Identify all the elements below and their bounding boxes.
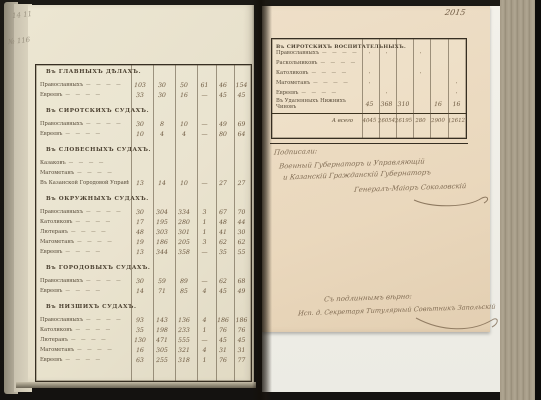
cell-value: 62 bbox=[214, 238, 232, 245]
leader-dashes: — — — — bbox=[68, 338, 129, 343]
row-label: Евреевъ bbox=[272, 90, 298, 96]
signature-flourish bbox=[412, 194, 492, 210]
cell-value: 93 bbox=[129, 316, 151, 324]
cell-value: 35 bbox=[214, 248, 232, 255]
cell-value: 1 bbox=[195, 228, 214, 235]
table-row: Православныхъ— — — —30810—4969 bbox=[36, 119, 251, 129]
total-label: А всего bbox=[272, 118, 361, 124]
cell-value: 30 bbox=[232, 228, 251, 235]
total-value: 26195 bbox=[395, 117, 412, 123]
cell-value: 68 bbox=[232, 277, 251, 284]
leader-dashes: — — — — bbox=[74, 348, 129, 353]
cell-value: 69 bbox=[232, 120, 251, 127]
leader-dashes: — — — — bbox=[317, 61, 361, 66]
cell-value: — bbox=[195, 277, 214, 284]
cell-value: — bbox=[195, 336, 214, 343]
table-bottom-rule bbox=[270, 143, 468, 144]
row-label: Православныхъ bbox=[36, 317, 83, 323]
cell-value: 3 bbox=[195, 238, 214, 245]
cell-value: 10 bbox=[173, 179, 195, 187]
row-label: Католиковъ bbox=[36, 327, 72, 333]
cell-value: 305 bbox=[151, 346, 173, 354]
total-value: 2900 bbox=[429, 117, 447, 123]
row-label: Магометанъ bbox=[36, 347, 74, 353]
table-section: Въ ОКРУЖНЫХЪ СУДАХЪ.Православныхъ— — — —… bbox=[36, 195, 251, 257]
row-label: Католиковъ bbox=[272, 70, 308, 76]
table-section: Въ ГЛАВНЫХЪ ДѢЛАХЪ.Православныхъ— — — —1… bbox=[36, 68, 251, 100]
cell-value: 45 bbox=[361, 101, 378, 108]
cell-value: 31 bbox=[214, 346, 232, 353]
cell-value: 255 bbox=[151, 356, 173, 364]
cell-value bbox=[173, 163, 195, 164]
cell-value: 46 bbox=[214, 81, 232, 88]
table-total-row: А всего40452605426195280290012612 bbox=[272, 113, 466, 127]
row-label: Въ Удаленныхъ Нижнихъ Чиновъ bbox=[272, 99, 361, 110]
leader-dashes: — — — — bbox=[83, 122, 129, 127]
cell-value: 14 bbox=[129, 287, 151, 295]
leader-dashes: — — — — bbox=[68, 230, 129, 235]
row-label: Въ Казанской Городовой Управѣ bbox=[36, 180, 129, 186]
cell-value: 45 bbox=[214, 91, 232, 98]
table-section: Въ НИЗШИХЪ СУДАХЪ.Православныхъ— — — —93… bbox=[36, 303, 251, 365]
row-label: Евреевъ bbox=[36, 288, 62, 294]
cell-value: 59 bbox=[151, 277, 173, 285]
cell-value: 13 bbox=[129, 248, 151, 256]
leader-dashes: — — — — bbox=[319, 51, 361, 56]
cell-value: 80 bbox=[214, 130, 232, 137]
right-page: 2015 Въ СИРОТСКИХЪ ВОСПИТАТЕЛЬНЫХЪ.Право… bbox=[262, 6, 490, 332]
row-label: Евреевъ bbox=[36, 92, 62, 98]
cell-value: 4 bbox=[151, 130, 173, 138]
cell-value bbox=[173, 173, 195, 174]
page-number: 2015 bbox=[444, 8, 466, 17]
leader-dashes: — — — — bbox=[62, 93, 129, 98]
cell-value: 89 bbox=[173, 277, 195, 285]
book-fore-edge bbox=[500, 0, 537, 400]
left-page: 14 11 № 116 Въ ГЛАВНЫХЪ ДѢЛАХЪ.Православ… bbox=[28, 5, 254, 382]
leader-dashes: — — — — bbox=[308, 71, 361, 76]
table-row: Казаковъ— — — — bbox=[36, 158, 251, 168]
cell-value: — bbox=[195, 130, 214, 137]
table-row: Магометанъ— — — —·· bbox=[272, 78, 466, 88]
row-label: Евреевъ bbox=[36, 249, 62, 255]
cell-value: 48 bbox=[214, 218, 232, 225]
table-row: Православныхъ— — — —··· bbox=[272, 48, 466, 58]
table-section: Въ ГОРОДОВЫХЪ СУДАХЪ.Православныхъ— — — … bbox=[36, 264, 251, 296]
cell-value: 41 bbox=[214, 228, 232, 235]
cell-value: · bbox=[447, 89, 466, 96]
cell-value: 31 bbox=[232, 346, 251, 353]
table-row: Православныхъ— — — —305989—6268 bbox=[36, 276, 251, 286]
leader-dashes: — — — — bbox=[83, 83, 129, 88]
cell-value: 61 bbox=[195, 81, 214, 88]
cell-value: 3 bbox=[195, 208, 214, 215]
cell-value: 45 bbox=[232, 91, 251, 98]
cell-value bbox=[129, 173, 151, 174]
cell-value: 30 bbox=[151, 81, 173, 89]
table-row: Православныхъ— — — —931431364186186 bbox=[36, 315, 251, 325]
row-label: Православныхъ bbox=[36, 209, 83, 215]
right-summary-table: Въ СИРОТСКИХЪ ВОСПИТАТЕЛЬНЫХЪ.Православн… bbox=[271, 38, 467, 139]
total-value: 26054 bbox=[378, 117, 395, 123]
cell-value: 35 bbox=[129, 326, 151, 334]
table-row: Католиковъ— — — —3519823317676 bbox=[36, 325, 251, 335]
cell-value: 16 bbox=[429, 101, 447, 108]
cell-value bbox=[151, 173, 173, 174]
table-row: Лютеранъ— — — —4830330114130 bbox=[36, 227, 251, 237]
cell-value: 344 bbox=[151, 248, 173, 256]
leader-dashes: — — — — bbox=[62, 289, 129, 294]
cell-value: 30 bbox=[129, 208, 151, 216]
cell-value: 17 bbox=[129, 218, 151, 226]
cell-value: 49 bbox=[214, 120, 232, 127]
cell-value: 555 bbox=[173, 336, 195, 344]
cell-value: 280 bbox=[173, 218, 195, 226]
row-label: Католиковъ bbox=[36, 219, 72, 225]
cell-value: 67 bbox=[214, 208, 232, 215]
leader-dashes: — — — — bbox=[83, 279, 129, 284]
cell-value: · bbox=[361, 69, 378, 76]
cell-value: 16 bbox=[173, 91, 195, 99]
table-row: Католиковъ— — — —1719528014844 bbox=[36, 217, 251, 227]
signature-line-3: и Казанскій Гражданскій Губернаторъ bbox=[283, 168, 432, 181]
cell-value: 358 bbox=[173, 248, 195, 256]
cell-value: 143 bbox=[151, 316, 173, 324]
cell-value: · bbox=[378, 89, 395, 96]
cell-value: 8 bbox=[151, 120, 173, 128]
cell-value: 44 bbox=[232, 218, 251, 225]
book-gutter-shadow bbox=[252, 0, 272, 400]
cell-value: 304 bbox=[151, 208, 173, 216]
cell-value: 16 bbox=[129, 346, 151, 354]
cell-value: 471 bbox=[151, 336, 173, 344]
cell-value: 71 bbox=[151, 287, 173, 295]
cell-value: 205 bbox=[173, 238, 195, 246]
row-label: Лютеранъ bbox=[36, 337, 68, 343]
table-section: Въ СЛОВЕСНЫХЪ СУДАХЪ.Казаковъ— — — —Маго… bbox=[36, 146, 251, 188]
cell-value: · bbox=[447, 79, 466, 86]
cell-value: — bbox=[195, 248, 214, 255]
cell-value: 186 bbox=[232, 316, 251, 323]
leader-dashes: — — — — bbox=[74, 171, 129, 176]
cell-value: 63 bbox=[129, 356, 151, 364]
certification-line-2: Исп. д. Секретаря Титулярный Совѣтникъ З… bbox=[298, 303, 496, 318]
total-value: 12612 bbox=[447, 117, 466, 123]
table-row: Евреевъ— — — —1044—8064 bbox=[36, 129, 251, 139]
cell-value: — bbox=[195, 120, 214, 127]
book-photograph: 14 11 № 116 Въ ГЛАВНЫХЪ ДѢЛАХЪ.Православ… bbox=[0, 0, 541, 400]
leader-dashes: — — — — bbox=[298, 91, 361, 96]
section-header: Въ СИРОТСКИХЪ СУДАХЪ. bbox=[36, 107, 251, 116]
table-row: Евреевъ— — — —·· bbox=[272, 88, 466, 98]
row-label: Евреевъ bbox=[36, 357, 62, 363]
table-row: Православныхъ— — — —3030433436770 bbox=[36, 207, 251, 217]
cell-value: 103 bbox=[129, 81, 151, 89]
book-edge-shadow bbox=[535, 0, 541, 400]
pencil-annotation-2: № 116 bbox=[8, 36, 31, 46]
row-label: Казаковъ bbox=[36, 160, 66, 166]
cell-value: 14 bbox=[151, 179, 173, 187]
row-label: Раскольниковъ bbox=[272, 60, 317, 66]
cell-value: 50 bbox=[173, 81, 195, 89]
cell-value: 45 bbox=[214, 336, 232, 343]
table-row: Католиковъ— — — —·· bbox=[272, 68, 466, 78]
cell-value: 45 bbox=[214, 287, 232, 294]
cell-value: 76 bbox=[232, 326, 251, 333]
row-label: Евреевъ bbox=[36, 131, 62, 137]
cell-value bbox=[129, 163, 151, 164]
cell-value: · bbox=[361, 49, 378, 56]
cell-value: · bbox=[412, 69, 429, 76]
signature-line-4: Генералъ-Маіоръ Соколовскій bbox=[354, 182, 467, 194]
leader-dashes: — — — — bbox=[62, 358, 129, 363]
table-row: Магометанъ— — — —1630532143131 bbox=[36, 345, 251, 355]
table-row: Въ Казанской Городовой Управѣ— — — —1314… bbox=[36, 178, 251, 188]
cell-value: 16 bbox=[447, 101, 466, 108]
cell-value: 186 bbox=[214, 316, 232, 323]
section-header: Въ СЛОВЕСНЫХЪ СУДАХЪ. bbox=[36, 146, 251, 155]
cell-value: 77 bbox=[232, 356, 251, 363]
cell-value: 4 bbox=[195, 346, 214, 353]
table-section: Въ СИРОТСКИХЪ СУДАХЪ.Православныхъ— — — … bbox=[36, 107, 251, 139]
table-row: Магометанъ— — — —1918620536262 bbox=[36, 237, 251, 247]
row-label: Магометанъ bbox=[272, 80, 310, 86]
row-label: Православныхъ bbox=[36, 82, 83, 88]
section-header: Въ ГЛАВНЫХЪ ДѢЛАХЪ. bbox=[36, 68, 251, 77]
cell-value: 45 bbox=[232, 336, 251, 343]
row-label: Православныхъ bbox=[272, 50, 319, 56]
certification-line-1: Съ подлиннымъ вѣрно: bbox=[324, 292, 413, 303]
table-row: Евреевъ— — — —6325531817677 bbox=[36, 355, 251, 365]
cell-value: 130 bbox=[129, 336, 151, 344]
cell-value: 4 bbox=[195, 316, 214, 323]
left-table-body: Въ ГЛАВНЫХЪ ДѢЛАХЪ.Православныхъ— — — —1… bbox=[36, 68, 251, 365]
cell-value: 1 bbox=[195, 356, 214, 363]
table-row: Магометанъ— — — — bbox=[36, 168, 251, 178]
cell-value: 301 bbox=[173, 228, 195, 236]
row-label: Православныхъ bbox=[36, 121, 83, 127]
leader-dashes: — — — — bbox=[72, 220, 129, 225]
cell-value: 318 bbox=[173, 356, 195, 364]
cell-value: 321 bbox=[173, 346, 195, 354]
left-page-bottom-edge bbox=[16, 382, 256, 388]
row-label: Магометанъ bbox=[36, 239, 74, 245]
cell-value: 368 bbox=[378, 101, 395, 108]
row-label: Магометанъ bbox=[36, 170, 74, 176]
cell-value: 19 bbox=[129, 238, 151, 246]
leader-dashes: — — — — bbox=[62, 250, 129, 255]
leader-dashes: — — — — bbox=[72, 328, 129, 333]
row-label: Православныхъ bbox=[36, 278, 83, 284]
cell-value: 62 bbox=[232, 238, 251, 245]
cell-value: 76 bbox=[214, 326, 232, 333]
cell-value: 334 bbox=[173, 208, 195, 216]
leader-dashes: — — — — bbox=[62, 132, 129, 137]
cell-value: 4 bbox=[173, 130, 195, 138]
section-header: Въ ОКРУЖНЫХЪ СУДАХЪ. bbox=[36, 195, 251, 204]
cell-value: 303 bbox=[151, 228, 173, 236]
cell-value: 13 bbox=[129, 179, 151, 187]
row-label: Лютеранъ bbox=[36, 229, 68, 235]
leader-dashes: — — — — bbox=[83, 210, 129, 215]
cell-value: 64 bbox=[232, 130, 251, 137]
total-value: 4045 bbox=[361, 117, 378, 123]
leader-dashes: — — — — bbox=[310, 81, 361, 86]
pencil-annotation-1: 14 11 bbox=[12, 10, 33, 20]
right-table-body: Въ СИРОТСКИХЪ ВОСПИТАТЕЛЬНЫХЪ.Православн… bbox=[272, 39, 466, 127]
section-header: Въ НИЗШИХЪ СУДАХЪ. bbox=[36, 303, 251, 312]
cell-value: 1 bbox=[195, 326, 214, 333]
cell-value: — bbox=[195, 91, 214, 98]
cell-value: 1 bbox=[195, 218, 214, 225]
cell-value: 310 bbox=[395, 101, 412, 108]
leader-dashes: — — — — bbox=[66, 161, 129, 166]
cell-value: 70 bbox=[232, 208, 251, 215]
cell-value: 186 bbox=[151, 238, 173, 246]
cell-value: 49 bbox=[232, 287, 251, 294]
left-statistics-table: Въ ГЛАВНЫХЪ ДѢЛАХЪ.Православныхъ— — — —1… bbox=[35, 64, 252, 382]
cell-value: 30 bbox=[151, 91, 173, 99]
leader-dashes: — — — — bbox=[74, 240, 129, 245]
leader-dashes: — — — — bbox=[83, 318, 129, 323]
cell-value: 62 bbox=[214, 277, 232, 284]
cell-value: 195 bbox=[151, 218, 173, 226]
total-value: 280 bbox=[412, 117, 429, 123]
cell-value: 27 bbox=[214, 179, 232, 186]
cell-value: 30 bbox=[129, 277, 151, 285]
cell-value: 198 bbox=[151, 326, 173, 334]
cell-value: · bbox=[378, 49, 395, 56]
certification-flourish bbox=[412, 314, 502, 334]
cell-value: 55 bbox=[232, 248, 251, 255]
cell-value: 10 bbox=[173, 120, 195, 128]
cell-value: 85 bbox=[173, 287, 195, 295]
cell-value: 33 bbox=[129, 91, 151, 99]
cell-value: — bbox=[195, 179, 214, 186]
table-row-special: Въ Удаленныхъ Нижнихъ Чиновъ453683101616 bbox=[272, 98, 466, 111]
cell-value: 27 bbox=[232, 179, 251, 186]
table-row: Евреевъ— — — —333016—4545 bbox=[36, 90, 251, 100]
cell-value: 10 bbox=[129, 130, 151, 138]
cell-value: 154 bbox=[232, 81, 251, 88]
table-row: Евреевъ— — — —14718544549 bbox=[36, 286, 251, 296]
cell-value: 30 bbox=[129, 120, 151, 128]
cell-value: · bbox=[361, 79, 378, 86]
cell-value: 233 bbox=[173, 326, 195, 334]
table-row: Евреевъ— — — —13344358—3555 bbox=[36, 247, 251, 257]
cell-value bbox=[151, 163, 173, 164]
cell-value: 48 bbox=[129, 228, 151, 236]
signature-line-1: Подписали: bbox=[274, 147, 318, 157]
table-row: Православныхъ— — — —10330506146154 bbox=[36, 80, 251, 90]
section-header: Въ ГОРОДОВЫХЪ СУДАХЪ. bbox=[36, 264, 251, 273]
table-row: Раскольниковъ— — — — bbox=[272, 58, 466, 68]
table-row: Лютеранъ— — — —130471555—4545 bbox=[36, 335, 251, 345]
cell-value: 136 bbox=[173, 316, 195, 324]
cell-value: · bbox=[412, 49, 429, 56]
cell-value: 4 bbox=[195, 287, 214, 294]
cell-value: 76 bbox=[214, 356, 232, 363]
right-table-header: Въ СИРОТСКИХЪ ВОСПИТАТЕЛЬНЫХЪ. bbox=[272, 39, 466, 48]
